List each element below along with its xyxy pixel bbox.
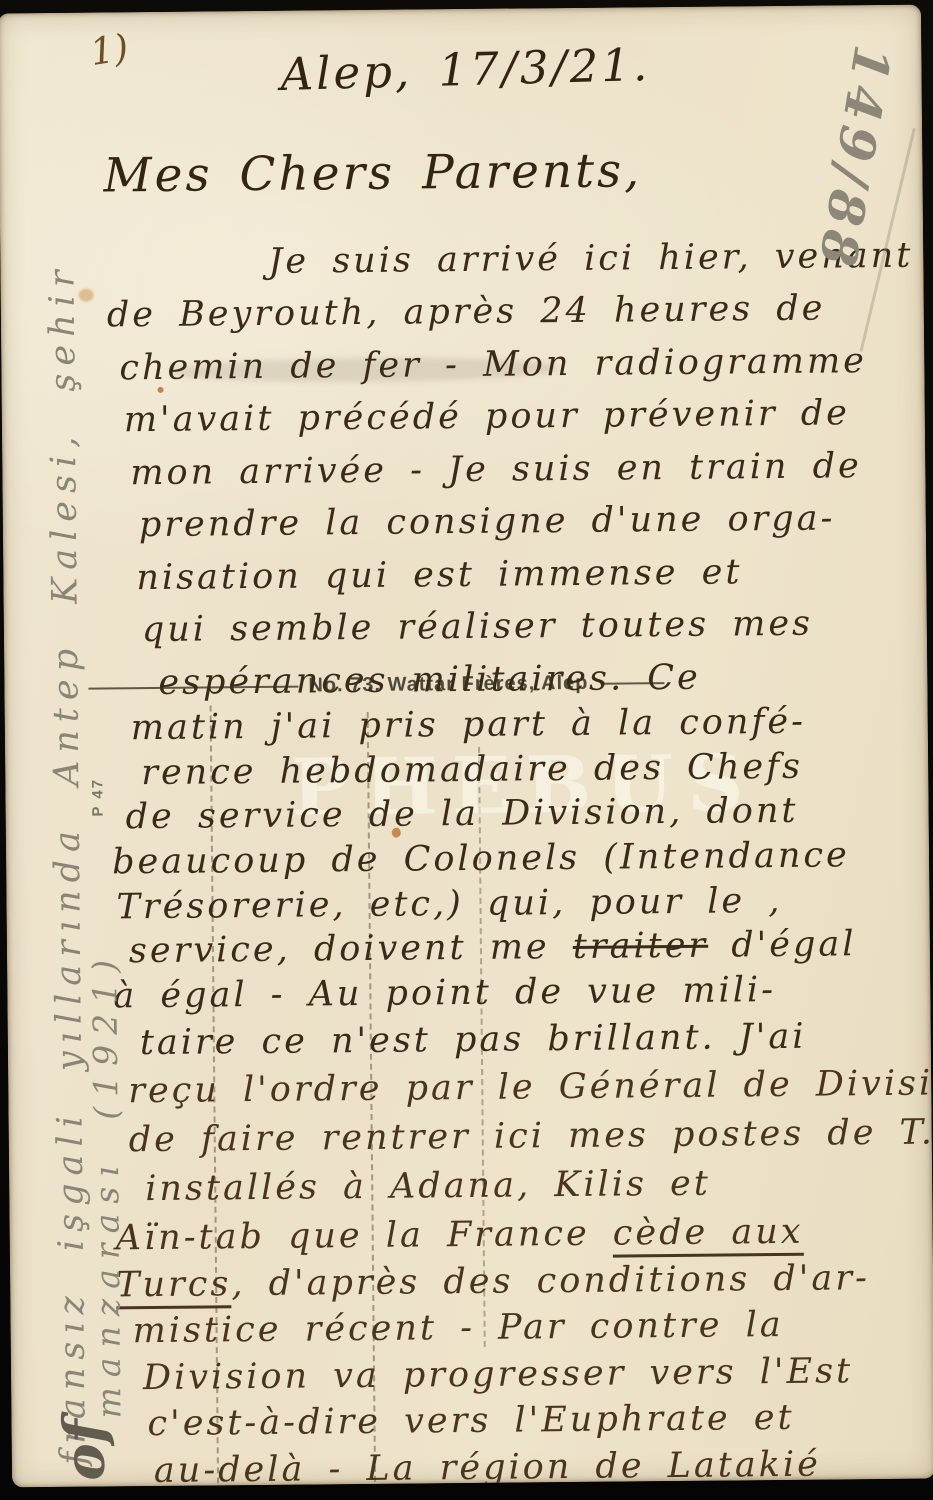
letter-line: Trésorerie, etc,) qui, pour le , — [116, 880, 782, 928]
letter-text: nisation qui est immense et — [136, 552, 742, 598]
letter-line: matin j'ai pris part à la confé- — [131, 701, 807, 749]
letter-text: d'égal — [708, 924, 857, 965]
letter-text: matin j'ai pris part à la confé- — [131, 702, 806, 748]
letter-line: Aïn-tab que la France cède aux — [116, 1211, 804, 1260]
letter-body: Je suis arrivé ici hier, venantde Beyrou… — [0, 5, 921, 14]
letter-text: taire ce n'est pas brillant. J'ai — [140, 1017, 807, 1063]
letter-text: prendre la consigne d'une orga- — [139, 498, 836, 545]
letter-line: de faire rentrer ici mes postes de T.S.F — [129, 1111, 933, 1161]
postcard: No. 73. Wattar Frères, Alep PHEBUS 1) Al… — [0, 5, 933, 1488]
letter-text: service, doivent me — [129, 927, 573, 971]
letter-salutation: Mes Chers Parents, — [103, 143, 642, 203]
letter-text: mon arrivée - Je suis en train de — [130, 446, 862, 493]
letter-text: , d'après des conditions d'ar- — [231, 1258, 870, 1304]
letter-line: de Beyrouth, après 24 heures de — [107, 288, 826, 337]
struck-text: traiter — [573, 926, 709, 967]
letter-line: de service de la Division, dont — [125, 790, 798, 838]
margin-note-turkish: fransız işgali yıllarında Antep Kalesi, … — [42, 262, 94, 1465]
letter-text: Division va progresser vers l'Est — [143, 1351, 853, 1398]
letter-text: de faire rentrer ici mes postes de T.S.F — [129, 1112, 933, 1160]
margin-note-turkish-2: manzarası (1921) — [85, 950, 128, 1419]
letter-line: installés à Adana, Kilis et — [145, 1163, 711, 1210]
letter-line: m'avait précédé pour prévenir de — [124, 392, 850, 441]
letter-text: m'avait précédé pour prévenir de — [124, 393, 850, 440]
letter-text: Aïn-tab que la France — [116, 1214, 614, 1259]
letter-line: mistice récent - Par contre la — [132, 1304, 783, 1352]
letter-line: service, doivent me traiter d'égal — [129, 923, 857, 972]
scan-background: No. 73. Wattar Frères, Alep PHEBUS 1) Al… — [0, 0, 933, 1500]
letter-line: reçu l'ordre par le Général de Division — [128, 1062, 933, 1112]
letter-line: beaucoup de Colonels (Intendance — [112, 834, 850, 883]
letter-line: mon arrivée - Je suis en train de — [130, 445, 862, 494]
letter-text: mistice récent - Par contre la — [132, 1305, 783, 1351]
letter-text: rence hebdomadaire des Chefs — [141, 747, 803, 793]
letter-line: qui semble réaliser toutes mes — [142, 603, 814, 651]
letter-line: chemin de fer - Mon radiogramme — [119, 340, 867, 389]
letter-text: beaucoup de Colonels (Intendance — [112, 835, 850, 882]
letter-line: à égal - Au point de vue mili- — [113, 969, 776, 1017]
underlined-text: Turcs — [116, 1264, 232, 1309]
letter-text: de Beyrouth, après 24 heures de — [107, 289, 826, 336]
letter-text: à égal - Au point de vue mili- — [113, 970, 776, 1016]
letter-line: Turcs, d'après des conditions d'ar- — [116, 1257, 870, 1306]
corner-numbering-mark: 1) — [87, 26, 131, 74]
letter-line: au-delà - La région de Latakié — [154, 1444, 821, 1488]
letter-line: espérances militaires. Ce — [158, 657, 701, 704]
letter-text: installés à Adana, Kilis et — [145, 1164, 711, 1209]
letter-dateline: Alep, 17/3/21. — [280, 38, 651, 101]
underlined-text: cède aux — [613, 1212, 804, 1258]
letter-line: Division va progresser vers l'Est — [143, 1350, 853, 1399]
letter-text: de service de la Division, dont — [125, 791, 798, 837]
printed-plate-number: P 47 — [89, 778, 106, 817]
letter-text: chemin de fer - Mon radiogramme — [119, 341, 867, 388]
letter-line: taire ce n'est pas brillant. J'ai — [140, 1016, 807, 1064]
letter-line: rence hebdomadaire des Chefs — [141, 746, 803, 794]
letter-line: c'est-à-dire vers l'Euphrate et — [147, 1397, 794, 1445]
corner-pencil-mark: of — [51, 1419, 118, 1481]
letter-line: prendre la consigne d'une orga- — [139, 497, 836, 546]
letter-text: c'est-à-dire vers l'Euphrate et — [147, 1398, 794, 1444]
letter-text: reçu l'ordre par le Général de Division — [128, 1063, 933, 1111]
letter-line: nisation qui est immense et — [136, 551, 742, 599]
letter-text: qui semble réaliser toutes mes — [142, 604, 814, 650]
letter-text: au-delà - La région de Latakié — [154, 1445, 821, 1488]
letter-text: espérances militaires. Ce — [158, 658, 701, 703]
letter-text: Trésorerie, etc,) qui, pour le , — [116, 881, 782, 927]
